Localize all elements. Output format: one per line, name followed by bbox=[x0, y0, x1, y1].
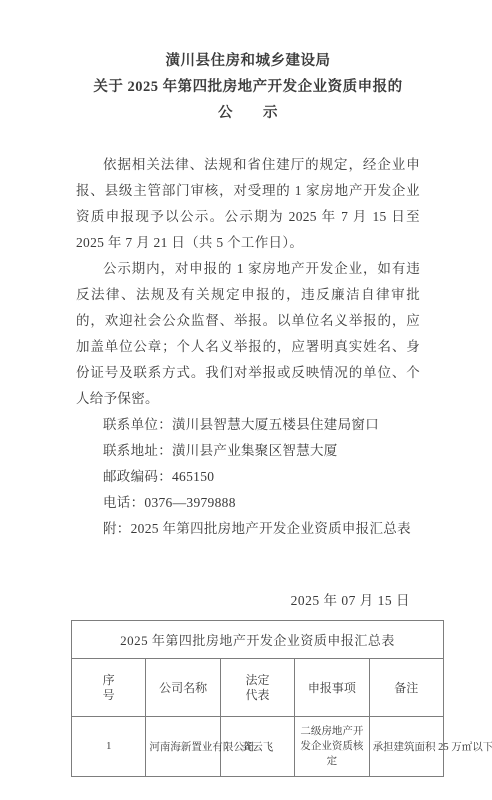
document-page: 潢川县住房和城乡建设局 关于 2025 年第四批房地产开发企业资质申报的 公 示… bbox=[0, 0, 492, 800]
table-title-row: 2025 年第四批房地产开发企业资质申报汇总表 bbox=[72, 621, 444, 659]
phone-line: 电话：0376—3979888 bbox=[76, 490, 420, 516]
table-title: 2025 年第四批房地产开发企业资质申报汇总表 bbox=[72, 621, 444, 659]
cell-seq: 1 bbox=[72, 717, 146, 777]
contact-block: 联系单位：潢川县智慧大厦五楼县住建局窗口 联系地址：潢川县产业集聚区智慧大厦 邮… bbox=[76, 412, 420, 542]
cell-remark: 承担建筑面积 25 万㎡以下 bbox=[369, 717, 443, 777]
issue-date: 2025 年 07 月 15 日 bbox=[76, 588, 420, 614]
header-legal-rep: 法定代表 bbox=[220, 659, 294, 717]
cell-company: 河南海新置业有限公司 bbox=[146, 717, 220, 777]
paragraph-basis: 依据相关法律、法规和省住建厅的规定，经企业申报、县级主管部门审核，对受理的 1 … bbox=[76, 152, 420, 256]
header-legal-rep-label: 法定代表 bbox=[244, 673, 270, 703]
header-seq-label: 序号 bbox=[102, 673, 116, 703]
cell-application-item: 二级房地产开发企业资质核定 bbox=[295, 717, 369, 777]
org-title: 潢川县住房和城乡建设局 bbox=[76, 48, 420, 74]
contact-unit-line: 联系单位：潢川县智慧大厦五楼县住建局窗口 bbox=[76, 412, 420, 438]
attachment-line: 附：2025 年第四批房地产开发企业资质申报汇总表 bbox=[76, 516, 420, 542]
notice-title: 公 示 bbox=[76, 100, 420, 126]
title-block: 潢川县住房和城乡建设局 关于 2025 年第四批房地产开发企业资质申报的 公 示 bbox=[76, 48, 420, 126]
subject-title: 关于 2025 年第四批房地产开发企业资质申报的 bbox=[76, 74, 420, 100]
table-header-row: 序号 公司名称 法定代表 申报事项 备注 bbox=[72, 659, 444, 717]
qualification-summary-table: 2025 年第四批房地产开发企业资质申报汇总表 序号 公司名称 法定代表 申报事… bbox=[71, 620, 444, 777]
header-remark: 备注 bbox=[369, 659, 443, 717]
paragraph-supervision: 公示期内，对申报的 1 家房地产开发企业，如有违反法律、法规及有关规定申报的，违… bbox=[76, 256, 420, 412]
postal-code-line: 邮政编码：465150 bbox=[76, 464, 420, 490]
header-seq: 序号 bbox=[72, 659, 146, 717]
table-row: 1 河南海新置业有限公司 龚云飞 二级房地产开发企业资质核定 承担建筑面积 25… bbox=[72, 717, 444, 777]
contact-address-line: 联系地址：潢川县产业集聚区智慧大厦 bbox=[76, 438, 420, 464]
document-content: 潢川县住房和城乡建设局 关于 2025 年第四批房地产开发企业资质申报的 公 示… bbox=[0, 0, 492, 777]
header-application-item: 申报事项 bbox=[295, 659, 369, 717]
header-company: 公司名称 bbox=[146, 659, 220, 717]
